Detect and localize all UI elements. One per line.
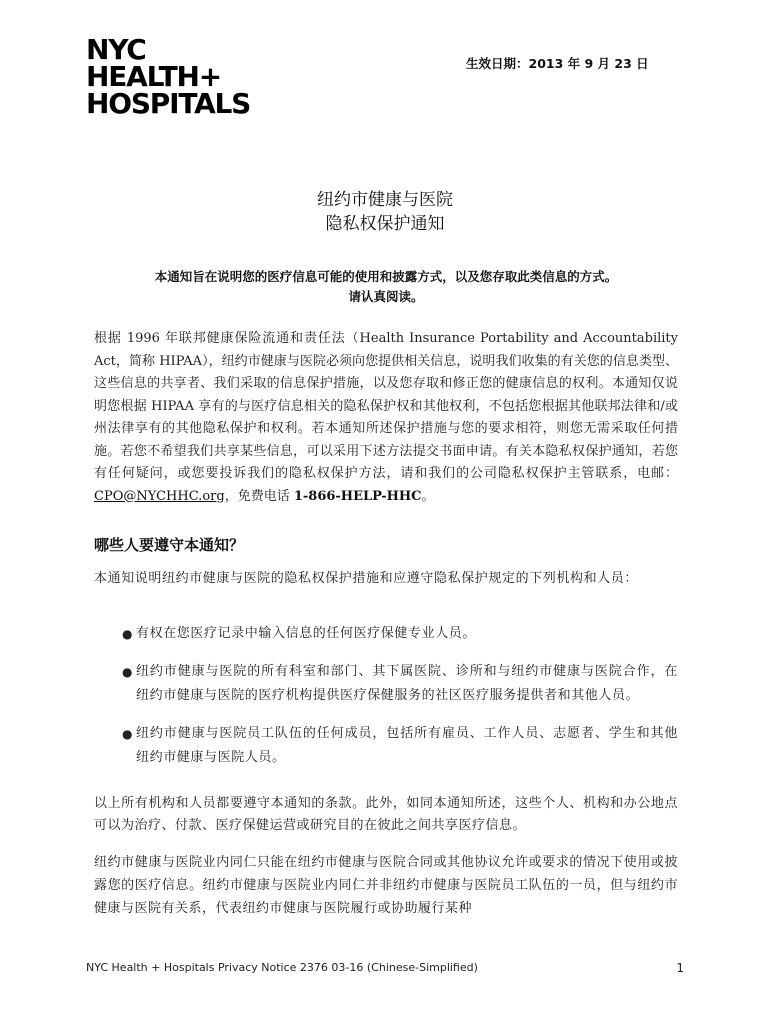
entities-list: ● 有权在您医疗记录中输入信息的任何医疗保健专业人员。 ● 纽约市健康与医院的所… <box>122 622 678 784</box>
intro-line-1: 本通知旨在说明您的医疗信息可能的使用和披露方式，以及您存取此类信息的方式。 <box>94 267 678 287</box>
list-item: ● 纽约市健康与医院的所有科室和部门、其下属医院、诊所和与纽约市健康与医院合作，… <box>122 660 678 708</box>
hipaa-paragraph: 根据 1996 年联邦健康保险流通和责任法（Health Insurance P… <box>94 328 678 508</box>
intro-line-2: 请认真阅读。 <box>94 287 678 307</box>
list-item-text: 纽约市健康与医院的所有科室和部门、其下属医院、诊所和与纽约市健康与医院合作，在纽… <box>136 664 678 703</box>
list-item: ● 有权在您医疗记录中输入信息的任何医疗保健专业人员。 <box>122 622 678 646</box>
paragraph-end: 。 <box>422 489 435 504</box>
intro-notice: 本通知旨在说明您的医疗信息可能的使用和披露方式，以及您存取此类信息的方式。 请认… <box>94 267 678 307</box>
phone-prefix: ，免费电话 <box>225 489 294 504</box>
footer-doc-name: NYC Health + Hospitals Privacy Notice 23… <box>86 961 478 975</box>
title-line-1: 纽约市健康与医院 <box>0 188 770 212</box>
bullet-icon: ● <box>122 660 133 684</box>
document-page: NYC HEALTH+ HOSPITALS 生效日期：2013 年 9 月 23… <box>0 0 770 1024</box>
bullet-icon: ● <box>122 722 133 746</box>
page-footer: NYC Health + Hospitals Privacy Notice 23… <box>86 961 684 975</box>
logo-line-1: NYC <box>86 36 250 63</box>
list-item: ● 纽约市健康与医院员工队伍的任何成员，包括所有雇员、工作人员、志愿者、学生和其… <box>122 722 678 770</box>
nyc-health-hospitals-logo: NYC HEALTH+ HOSPITALS <box>86 36 250 117</box>
hipaa-paragraph-text: 根据 1996 年联邦健康保险流通和责任法（Health Insurance P… <box>94 331 678 481</box>
effective-date: 生效日期：2013 年 9 月 23 日 <box>466 54 649 72</box>
title-line-2: 隐私权保护通知 <box>0 212 770 236</box>
bullet-icon: ● <box>122 622 133 646</box>
section-intro: 本通知说明纽约市健康与医院的隐私权保护措施和应遵守隐私保护规定的下列机构和人员： <box>94 568 678 589</box>
toll-free-phone: 1-866-HELP-HHC <box>294 489 422 504</box>
terms-paragraph: 以上所有机构和人员都要遵守本通知的条款。此外，如同本通知所述，这些个人、机构和办… <box>94 793 678 837</box>
logo-line-3: HOSPITALS <box>86 90 250 117</box>
privacy-officer-email-link[interactable]: CPO@NYCHHC.org <box>94 489 225 504</box>
list-item-text: 有权在您医疗记录中输入信息的任何医疗保健专业人员。 <box>136 626 476 641</box>
business-associates-paragraph: 纽约市健康与医院业内同仁只能在纽约市健康与医院合同或其他协议允许或要求的情况下使… <box>94 851 678 920</box>
page-number: 1 <box>676 961 684 975</box>
section-heading-who-follows: 哪些人要遵守本通知？ <box>94 534 244 555</box>
logo-line-2: HEALTH+ <box>86 63 250 90</box>
list-item-text: 纽约市健康与医院员工队伍的任何成员，包括所有雇员、工作人员、志愿者、学生和其他纽… <box>136 726 678 765</box>
document-title: 纽约市健康与医院 隐私权保护通知 <box>0 188 770 236</box>
